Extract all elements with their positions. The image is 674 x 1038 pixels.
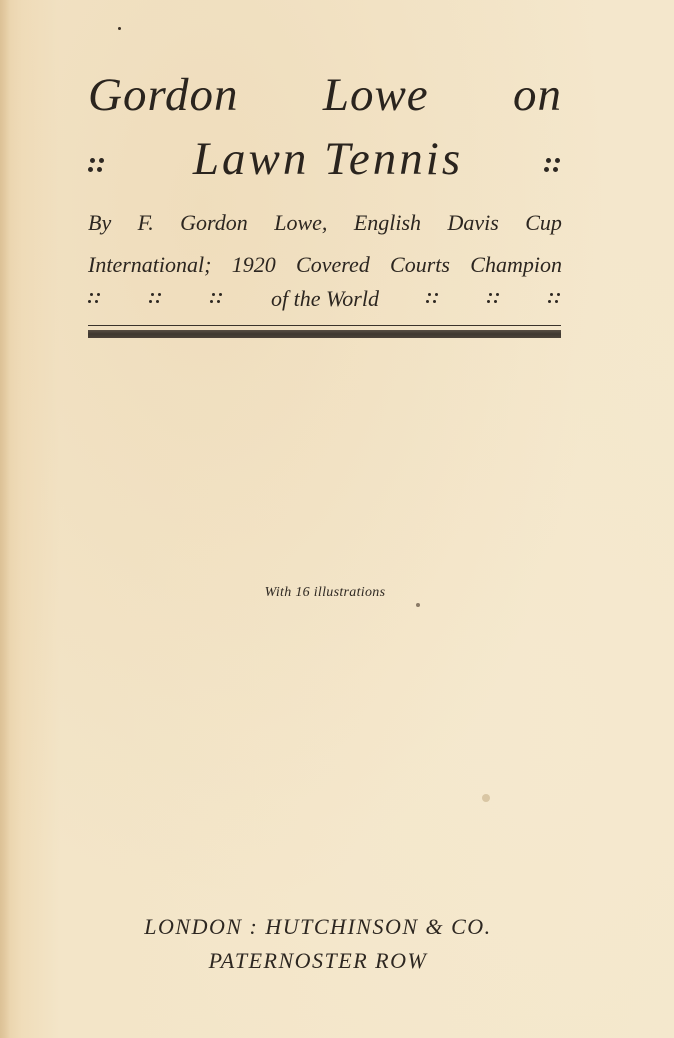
ornament-dots-icon xyxy=(426,293,440,305)
ornament-dots-icon xyxy=(487,293,501,305)
byline-word: Champion xyxy=(470,254,562,276)
byline-word: Covered xyxy=(296,254,370,276)
ink-speck xyxy=(118,27,121,30)
byline-line-1: By F. Gordon Lowe, English Davis Cup xyxy=(88,212,562,234)
byline-word: Courts xyxy=(390,254,450,276)
publisher-line-1: LONDON : HUTCHINSON & CO. xyxy=(0,914,636,940)
byline-word: International; xyxy=(88,254,211,276)
ornament-dots-icon xyxy=(210,293,224,305)
title-line-2: Lawn Tennis xyxy=(88,136,562,183)
binding-edge-shadow xyxy=(0,0,10,1038)
byline-word: English xyxy=(354,212,421,234)
publisher-line-2: PATERNOSTER ROW xyxy=(0,948,636,974)
divider-thick-rule xyxy=(88,330,561,338)
paper-blemish xyxy=(482,794,490,802)
illustrations-note: With 16 illustrations xyxy=(0,585,650,601)
title-word: Lowe xyxy=(323,72,429,119)
title-subject: Lawn Tennis xyxy=(187,136,463,183)
byline-world: of the World xyxy=(271,288,379,310)
ink-speck xyxy=(416,603,420,607)
ornament-dots-icon xyxy=(88,293,102,305)
byline-line-3: of the World xyxy=(88,288,562,310)
ornament-dots-icon xyxy=(544,158,562,174)
ornament-dots-icon xyxy=(149,293,163,305)
byline-word: 1920 xyxy=(232,254,276,276)
divider-thin-rule xyxy=(88,325,561,326)
byline-word: By xyxy=(88,212,111,234)
byline-word: F. xyxy=(138,212,154,234)
byline-word: Davis xyxy=(447,212,498,234)
byline-word: Gordon xyxy=(180,212,248,234)
ornament-dots-icon xyxy=(88,158,106,174)
title-word: Gordon xyxy=(88,72,239,119)
ornament-dots-icon xyxy=(548,293,562,305)
title-word: on xyxy=(513,72,562,119)
byline-word: Cup xyxy=(525,212,562,234)
byline-line-2: International; 1920 Covered Courts Champ… xyxy=(88,254,562,276)
byline-word: Lowe, xyxy=(274,212,327,234)
title-line-1: Gordon Lowe on xyxy=(88,72,562,119)
